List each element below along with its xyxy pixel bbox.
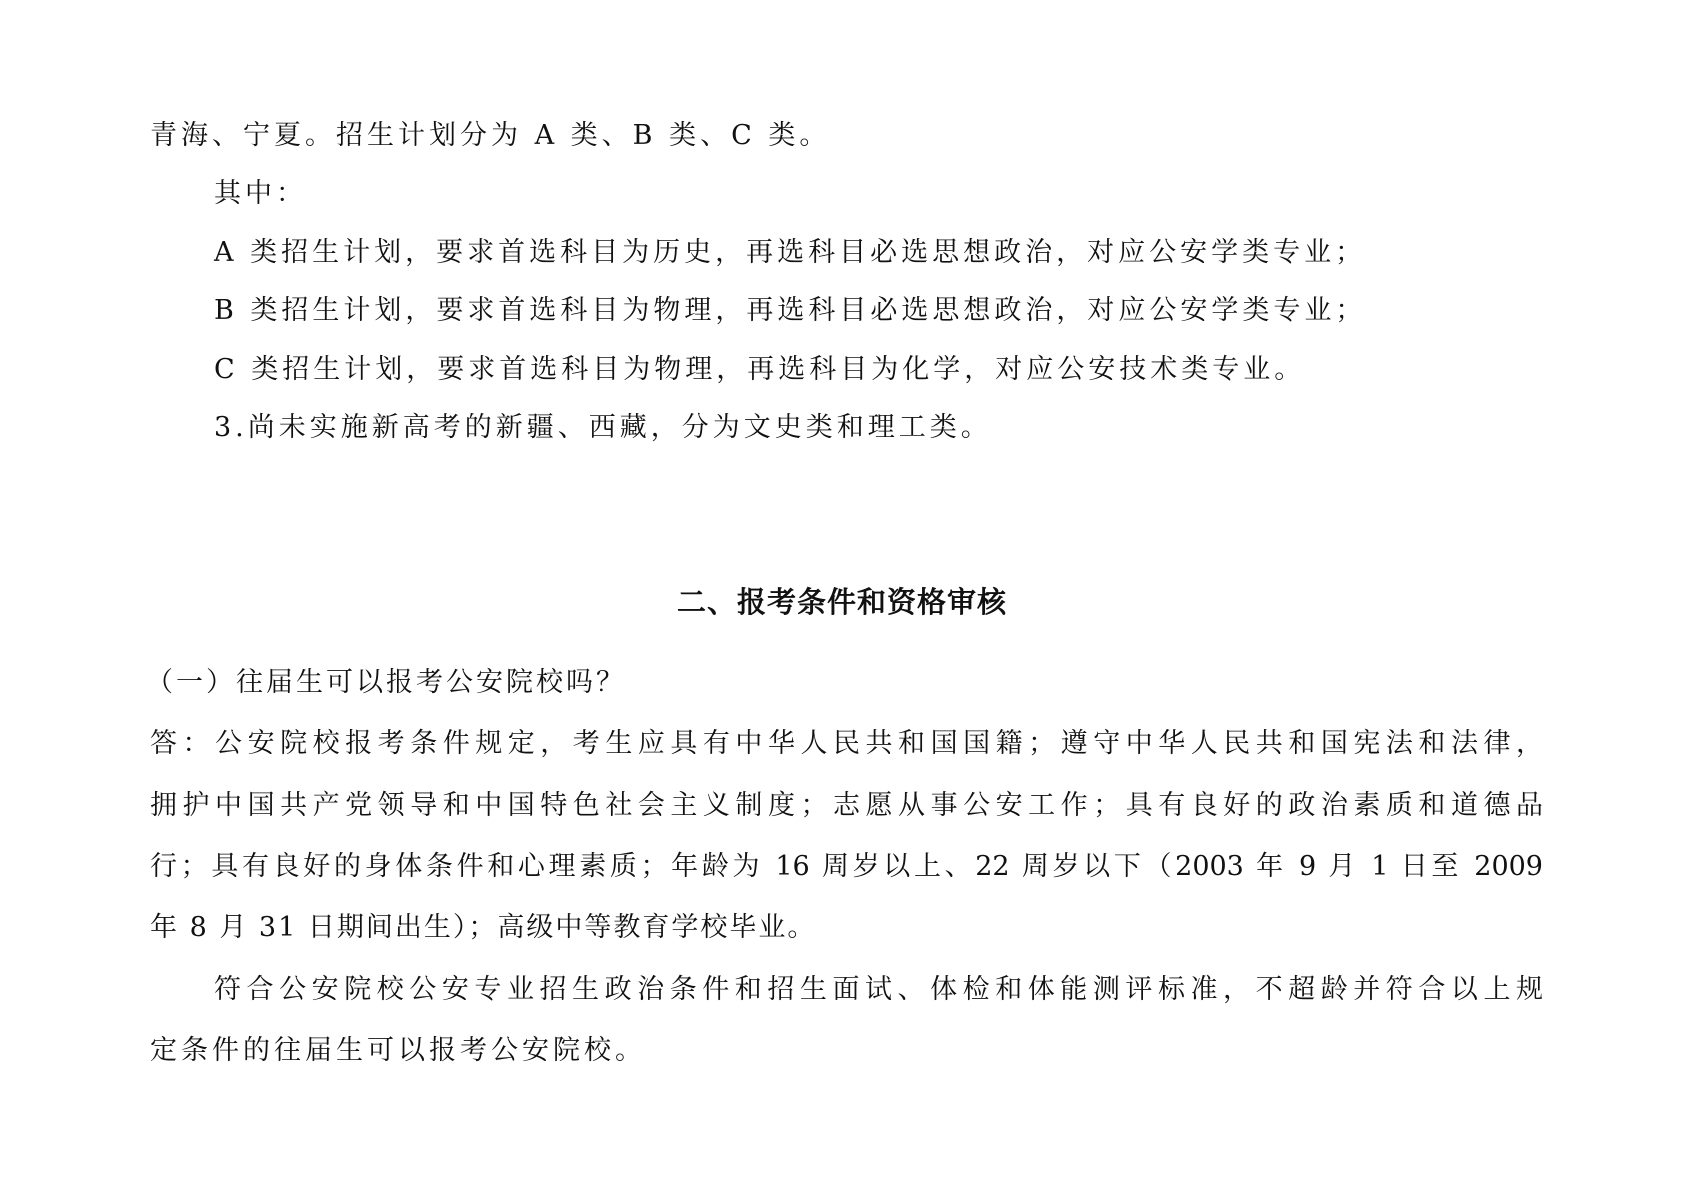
paragraph-line-category-c: C 类招生计划，要求首选科目为物理，再选科目为化学，对应公安技术类专业。 [214, 352, 1305, 388]
document-page: 青海、宁夏。招生计划分为 A 类、B 类、C 类。 其中： A 类招生计划，要求… [0, 0, 1684, 1191]
paragraph-line-provinces: 青海、宁夏。招生计划分为 A 类、B 类、C 类。 [150, 118, 830, 154]
answer-line-2: 拥护中国共产党领导和中国特色社会主义制度；志愿从事公安工作；具有良好的政治素质和… [150, 788, 1543, 824]
question-title: （一）往届生可以报考公安院校吗？ [146, 665, 626, 701]
conclusion-line-2: 定条件的往届生可以报考公安院校。 [150, 1033, 646, 1069]
paragraph-line-category-a: A 类招生计划，要求首选科目为历史，再选科目必选思想政治，对应公安学类专业； [214, 235, 1366, 271]
paragraph-line-category-b: B 类招生计划，要求首选科目为物理，再选科目必选思想政治，对应公安学类专业； [214, 293, 1366, 329]
answer-line-4: 年 8 月 31 日期间出生）；高级中等教育学校毕业。 [150, 910, 816, 946]
answer-line-1: 答：公安院校报考条件规定，考生应具有中华人民共和国国籍；遵守中华人民共和国宪法和… [150, 726, 1543, 762]
paragraph-line-among-them: 其中： [214, 176, 307, 212]
section-heading: 二、报考条件和资格审核 [0, 582, 1684, 622]
answer-line-3: 行；具有良好的身体条件和心理素质；年龄为 16 周岁以上、22 周岁以下（200… [150, 849, 1543, 885]
conclusion-line-1: 符合公安院校公安专业招生政治条件和招生面试、体检和体能测评标准，不超龄并符合以上… [214, 972, 1543, 1008]
paragraph-line-xinjiang-tibet: 3.尚未实施新高考的新疆、西藏，分为文史类和理工类。 [214, 410, 992, 446]
